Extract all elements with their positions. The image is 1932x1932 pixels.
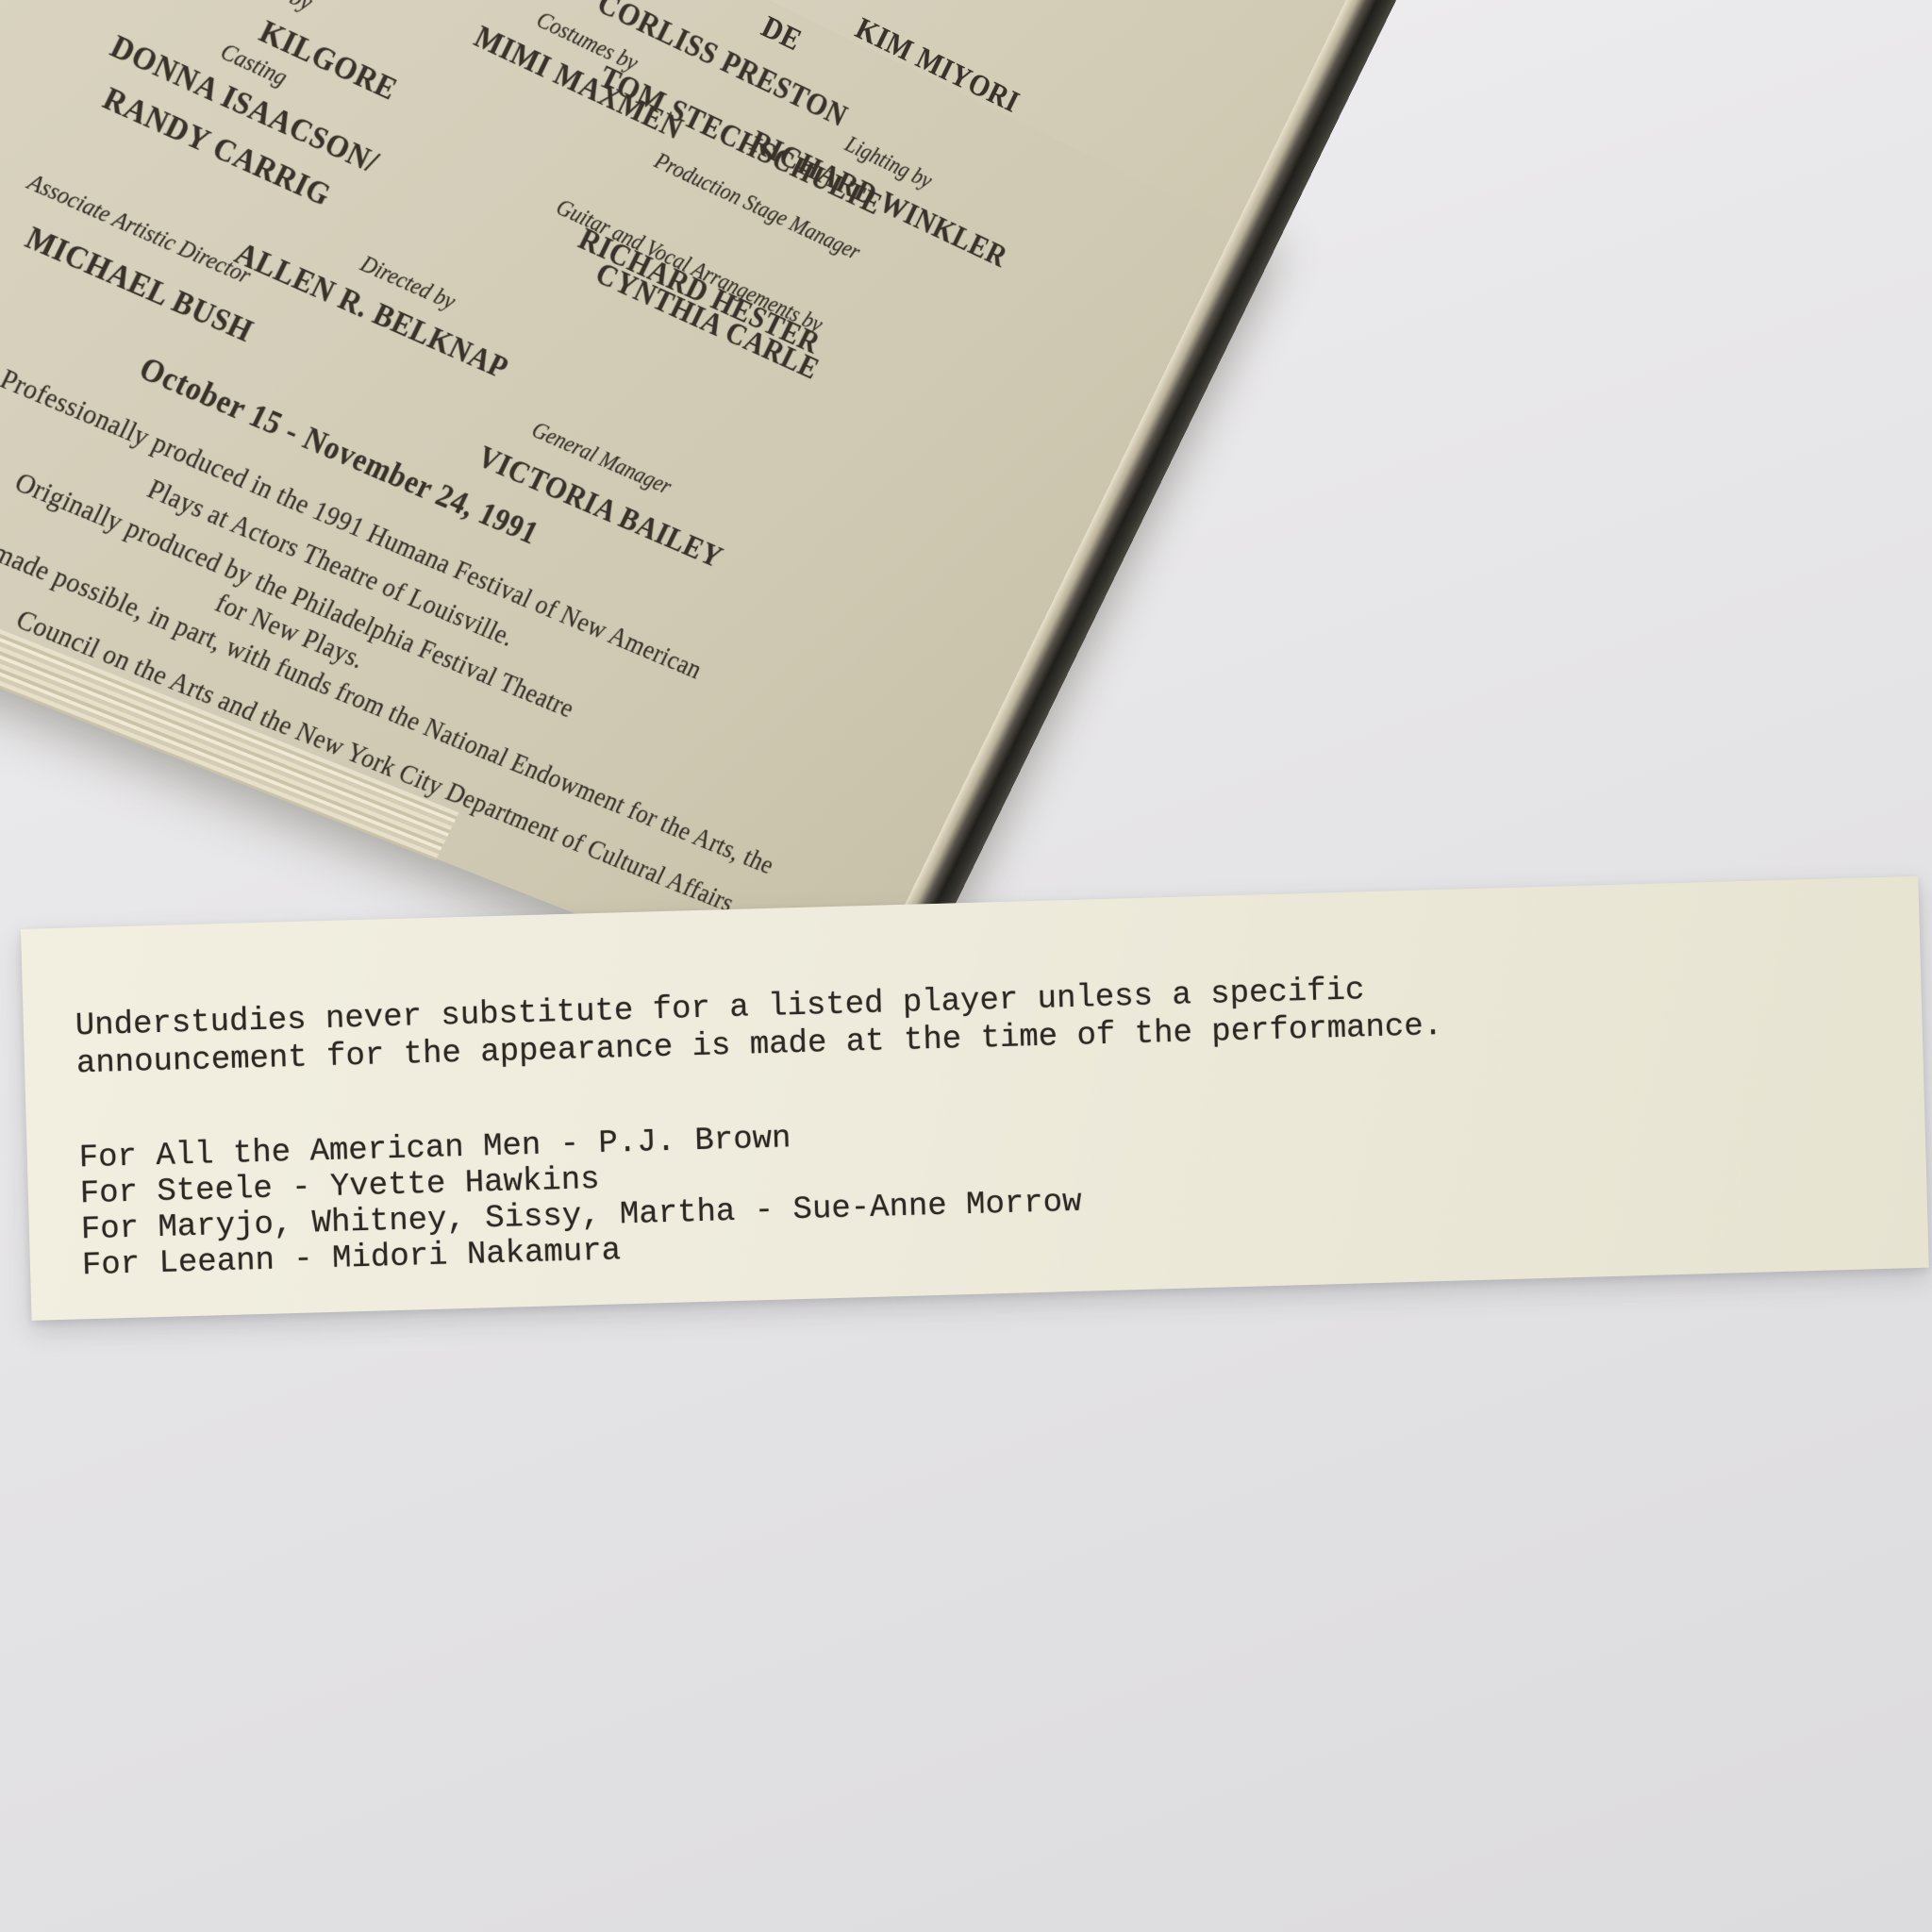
credit-label-by: by bbox=[286, 0, 315, 15]
understudy-slip: Understudies never substitute for a list… bbox=[21, 876, 1929, 1321]
photo-background: DE KIM MIYORI CORLISS PRESTON TOM STECHS… bbox=[0, 0, 1932, 1932]
cast-name-fragment: DE bbox=[758, 10, 808, 56]
playbill-page: DE KIM MIYORI CORLISS PRESTON TOM STECHS… bbox=[0, 0, 1285, 1037]
